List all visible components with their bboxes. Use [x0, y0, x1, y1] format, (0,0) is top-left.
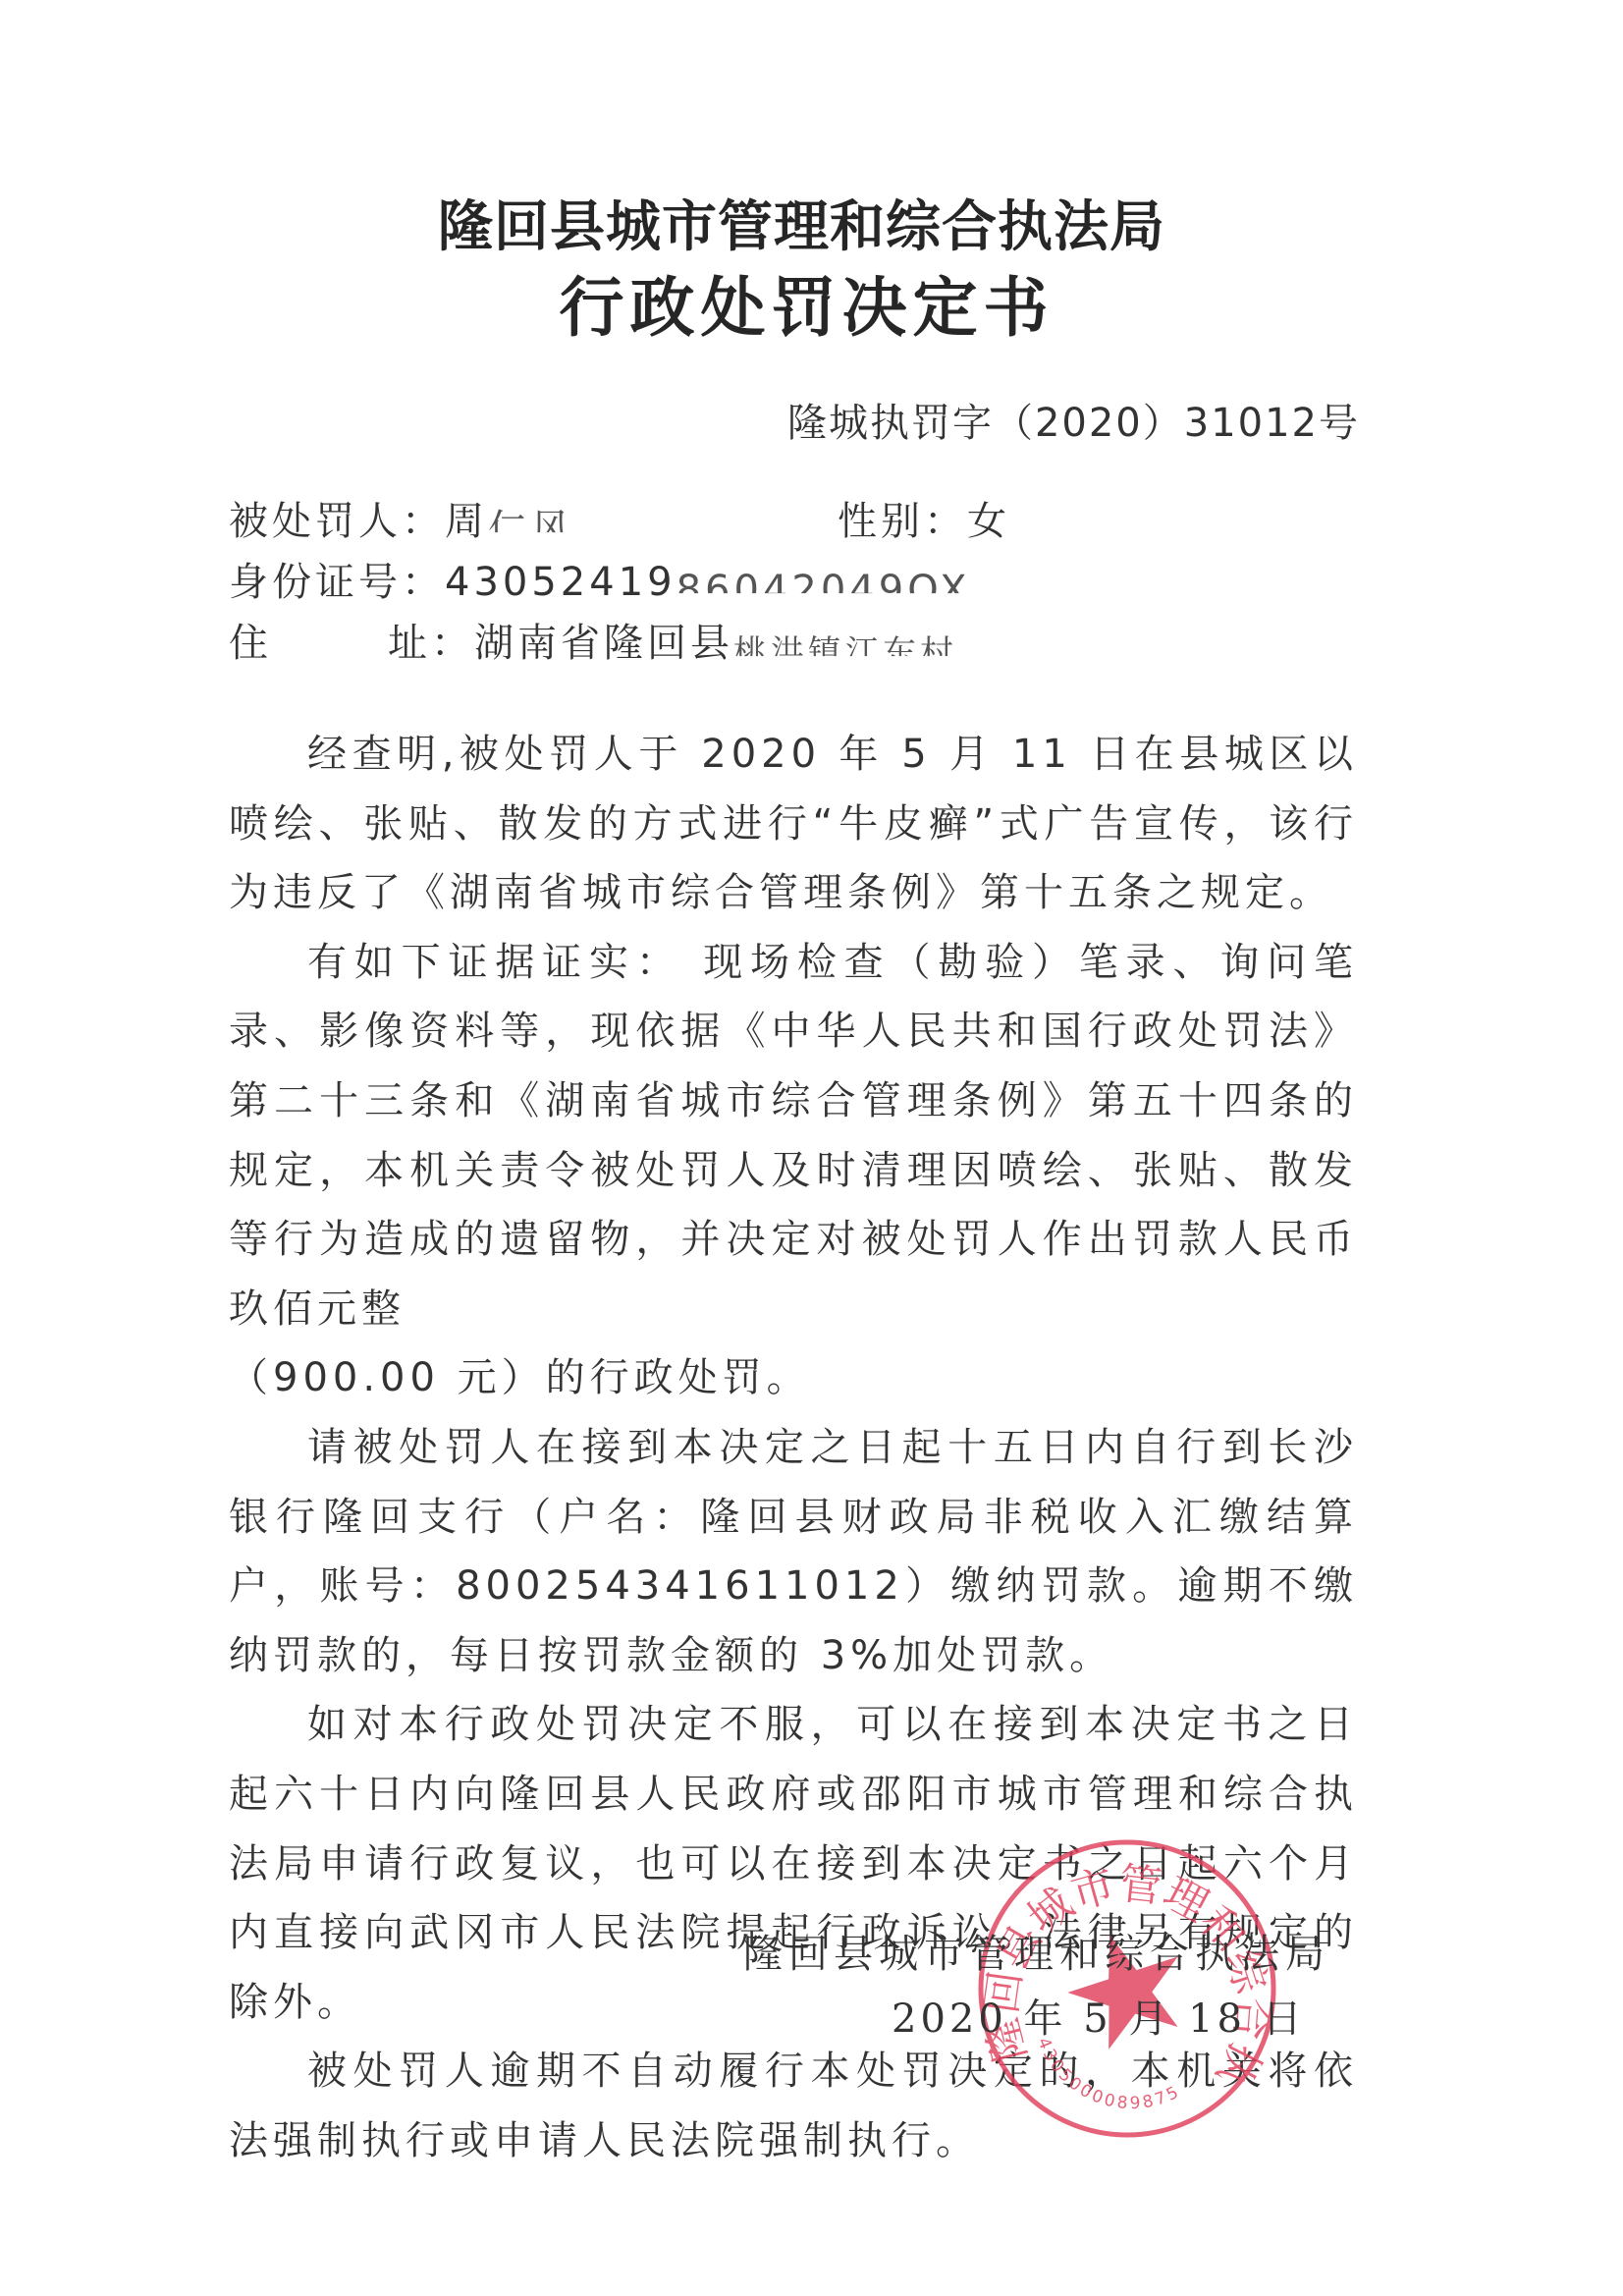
party-id-label: 身份证号：	[229, 552, 445, 613]
address-label-part-1: 住	[229, 621, 272, 666]
party-id-masked: 86042049OX	[676, 560, 971, 621]
party-id-value: 4305241986042049OX	[445, 552, 971, 613]
party-name-label: 被处罚人：	[229, 491, 445, 552]
gender-value: 女	[967, 499, 1010, 544]
party-gender: 性别：女	[838, 491, 1010, 552]
party-address-visible: 湖南省隆回县	[474, 621, 733, 666]
agency-title: 隆回县城市管理和综合执法局	[0, 194, 1623, 259]
party-address-value: 湖南省隆回县桃洪镇江东村	[474, 613, 957, 676]
document-number: 隆城执罚字（2020）31012号	[787, 397, 1360, 450]
party-info: 被处罚人：周仁风 性别：女 身份证号：4305241986042049OX 住址…	[229, 491, 971, 674]
party-id-row: 身份证号：4305241986042049OX	[229, 552, 971, 613]
gender-label: 性别：	[838, 499, 967, 544]
party-address-label: 住址：	[229, 613, 474, 674]
official-seal: 隆回县城市管理和综合执法局 4305000089875	[975, 1836, 1279, 2141]
seal-icon: 隆回县城市管理和综合执法局 4305000089875	[975, 1836, 1279, 2141]
address-label-part-2: 址：	[388, 621, 474, 666]
party-name-value: 周仁风	[445, 491, 574, 552]
party-address-masked: 桃洪镇江东村	[733, 623, 957, 683]
issue-date: 2020 年 5 月 18 日	[892, 1992, 1306, 2047]
decision-document-page: 隆回县城市管理和综合执法局 行政处罚决定书 隆城执罚字（2020）31012号 …	[0, 0, 1623, 2296]
party-name-row: 被处罚人：周仁风 性别：女	[229, 491, 971, 552]
party-name-visible: 周	[445, 499, 488, 544]
penalty-amount-line: （900.00 元）的行政处罚。	[229, 1343, 1358, 1413]
issuer-signature: 隆回县城市管理和综合执法局	[743, 1927, 1330, 1982]
evidence-paragraph: 有如下证据证实： 现场检查（勘验）笔录、询问笔录、影像资料等，现依据《中华人民共…	[229, 928, 1358, 1344]
party-id-visible: 43052419	[445, 560, 676, 605]
findings-paragraph: 经查明,被处罚人于 2020 年 5 月 11 日在县城区以喷绘、张贴、散发的方…	[229, 720, 1358, 928]
document-type-title: 行政处罚决定书	[0, 269, 1623, 346]
party-address-row: 住址：湖南省隆回县桃洪镇江东村	[229, 613, 971, 674]
payment-paragraph: 请被处罚人在接到本决定之日起十五日内自行到长沙银行隆回支行（户名：隆回县财政局非…	[229, 1413, 1358, 1690]
party-name-masked: 仁风	[488, 499, 574, 560]
